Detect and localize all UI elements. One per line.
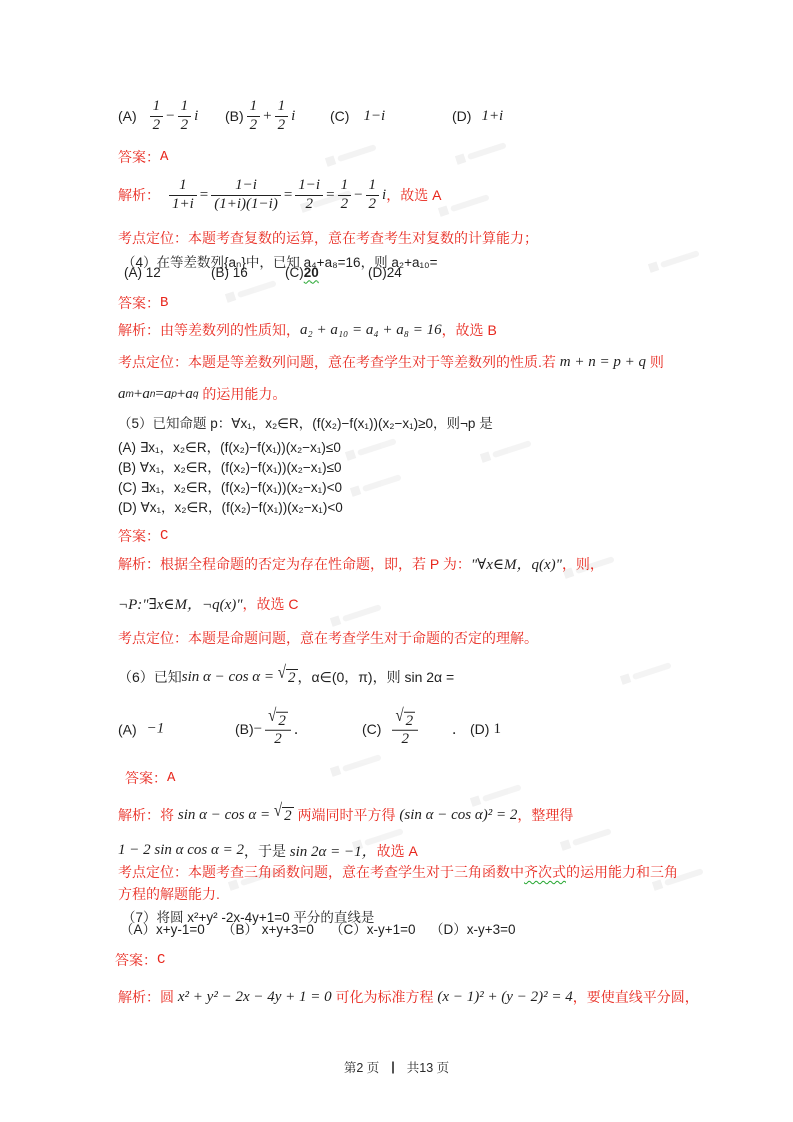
fraction: 1−i(1+i)(1−i) bbox=[211, 177, 281, 213]
fraction-numerator: 1 bbox=[178, 98, 192, 116]
minus-sign: − bbox=[354, 187, 362, 204]
q3-analysis-conclusion: ，故选 A bbox=[386, 185, 441, 205]
fraction-denominator: 2 bbox=[275, 117, 289, 134]
q6-answer-line: 答案： A bbox=[125, 768, 175, 788]
q5-analysis1-math: "∀x∈M，q(x)" bbox=[471, 553, 562, 574]
q6-keypoint1-post: 的运用能力和三角 bbox=[566, 862, 678, 882]
q3-option-d: (D) 1+i bbox=[452, 108, 503, 125]
fraction-denominator: 2 bbox=[178, 117, 192, 134]
q6-keypoint1-pre: 考点定位：本题考查三角函数问题，意在考查学生对于三角函数中 bbox=[118, 862, 524, 882]
fraction: 12 bbox=[275, 98, 289, 134]
q6-keypoint-line2: 方程的解题能力. bbox=[118, 884, 220, 904]
q7-analysis-math2: (x − 1)² + (y − 2)² = 4 bbox=[437, 989, 572, 1006]
watermark bbox=[345, 436, 397, 461]
document-page: (A) 12 − 12 i (B) 12 + 12 i (C) 1−i (D) … bbox=[0, 0, 793, 1122]
fraction-denominator: (1+i)(1−i) bbox=[211, 196, 281, 213]
radical-sign: √ bbox=[274, 803, 282, 821]
q5-keypoint-line: 考点定位：本题是命题问题，意在考查学生对于命题的否定的理解。 bbox=[118, 628, 538, 648]
sequence-term: a bbox=[185, 386, 193, 403]
q7-analysis-line: 解析：圆 x² + y² − 2x − 4y + 1 = 0 可化为标准方程 (… bbox=[118, 982, 699, 1012]
watermark bbox=[455, 140, 507, 165]
answer-label: 答案： bbox=[118, 526, 160, 546]
fraction-denominator: 1+i bbox=[169, 196, 197, 213]
fraction-numerator: 1 bbox=[169, 177, 197, 195]
q4-keypoint2-post: 的运用能力。 bbox=[198, 384, 286, 404]
q6-analysis1-mid: 两端同时平方得 bbox=[294, 805, 400, 825]
q6-option-d-dot: ． bbox=[452, 719, 466, 739]
fraction-denominator: 2 bbox=[295, 196, 323, 213]
q3-option-c-value: 1−i bbox=[363, 108, 385, 125]
q4-option-b: (B) 16 bbox=[211, 265, 248, 280]
radicand: 2 bbox=[404, 712, 416, 730]
imaginary-unit: i bbox=[194, 108, 198, 125]
q6-option-d-value: 1 bbox=[493, 721, 501, 738]
radical-sign: √ bbox=[395, 708, 403, 726]
q6-analysis2-post: 故选 A bbox=[377, 841, 418, 861]
q6-option-b-dot: ． bbox=[294, 719, 308, 739]
equals-sign: = bbox=[200, 187, 208, 204]
square-root: √2 bbox=[274, 806, 294, 825]
q4-analysis-post: ，故选 B bbox=[442, 320, 497, 340]
q7-option-b: （B） x+y+3=0 bbox=[222, 918, 314, 938]
watermark bbox=[225, 278, 277, 303]
fraction-numerator: 1 bbox=[338, 177, 352, 195]
q4-option-c-label: (C) bbox=[285, 265, 304, 280]
sequence-term: a bbox=[118, 386, 126, 403]
q5-option-d: (D) ∀x₁，x₂∈R，(f(x₂)−f(x₁))(x₂−x₁)<0 bbox=[118, 496, 343, 516]
q6-option-c: (C) √22 bbox=[362, 710, 421, 749]
square-root: √2 bbox=[268, 711, 288, 730]
q5-answer-line: 答案： C bbox=[118, 526, 168, 546]
q6-keypoint-line1: 考点定位：本题考查三角函数问题，意在考查学生对于三角函数中 齐次式 的运用能力和… bbox=[118, 862, 678, 882]
q4-keypoint-line1: 考点定位：本题是等差数列问题，意在考查学生对于等差数列的性质.若 m + n =… bbox=[118, 352, 664, 372]
q6-option-b-label: (B) bbox=[235, 721, 254, 737]
q7-analysis-mid: 可化为标准方程 bbox=[332, 987, 438, 1007]
fraction-numerator: 1−i bbox=[295, 177, 323, 195]
q6-option-d: ． (D) 1 bbox=[452, 719, 501, 739]
square-root: √2 bbox=[278, 668, 298, 687]
fraction: 12 bbox=[150, 98, 164, 134]
q4-analysis-math: a₂ + a₁₀ = a₄ + a₈ = 16 bbox=[300, 322, 442, 339]
equals-sign: = bbox=[284, 187, 292, 204]
fraction-denominator: 2 bbox=[247, 117, 261, 134]
q4-option-c: (C)20 bbox=[285, 265, 319, 280]
answer-label: 答案： bbox=[115, 950, 157, 970]
radicand: 2 bbox=[276, 712, 288, 730]
fraction-denominator: 2 bbox=[150, 117, 164, 134]
q6-analysis2-mid: ，于是 bbox=[244, 841, 286, 861]
watermark bbox=[350, 472, 402, 497]
imaginary-unit: i bbox=[291, 108, 295, 125]
q4-keypoint-line2: am + an = ap + aq 的运用能力。 bbox=[118, 384, 286, 404]
q5-answer-value: C bbox=[160, 528, 168, 544]
page-footer: 第2 页 | 共13 页 bbox=[0, 1058, 793, 1076]
fraction-numerator: 1−i bbox=[211, 177, 281, 195]
q6-stem-post: ，α∈(0，π)，则 sin 2α = bbox=[298, 667, 455, 687]
q6-analysis-line2: 1 − 2 sin α cos α = 2 ，于是 sin 2α = −1， 故… bbox=[118, 840, 418, 861]
subscript-m: m bbox=[126, 389, 134, 400]
q3-option-a: (A) 12 − 12 i bbox=[118, 98, 198, 134]
q3-answer-value: A bbox=[160, 149, 168, 165]
watermark bbox=[620, 660, 672, 685]
sequence-term: a bbox=[142, 386, 150, 403]
q4-answer-line: 答案： B bbox=[118, 293, 168, 313]
footer-page-total: 共13 页 bbox=[407, 1058, 449, 1076]
fraction-denominator: 2 bbox=[338, 196, 352, 213]
watermark bbox=[330, 602, 382, 627]
fraction-denominator: 2 bbox=[392, 731, 418, 748]
q5-option-b: (B) ∀x₁，x₂∈R，(f(x₂)−f(x₁))(x₂−x₁)≤0 bbox=[118, 456, 342, 476]
q7-answer-line: 答案： C bbox=[115, 950, 165, 970]
q5-analysis-line2: ¬P:"∃x∈M，¬q(x)" ，故选 C bbox=[118, 593, 299, 614]
q3-option-a-label: (A) bbox=[118, 108, 137, 124]
q5-analysis2-post: ，故选 C bbox=[243, 594, 299, 614]
square-root: √2 bbox=[395, 711, 415, 730]
watermark bbox=[325, 142, 377, 167]
q5-analysis-line1: 解析：根据全程命题的否定为存在性命题，即，若 P 为： "∀x∈M，q(x)" … bbox=[118, 553, 604, 574]
watermark bbox=[648, 248, 700, 273]
radical-sign: √ bbox=[278, 665, 286, 683]
q6-stem: （6）已知 sin α − cos α = √2 ，α∈(0，π)，则 sin … bbox=[118, 662, 454, 692]
fraction: √22 bbox=[392, 710, 418, 749]
q4-keypoint-pre: 考点定位：本题是等差数列问题，意在考查学生对于等差数列的性质.若 bbox=[118, 352, 560, 372]
fraction: 12 bbox=[366, 177, 380, 213]
q6-analysis2-math1: 1 − 2 sin α cos α = 2 bbox=[118, 842, 244, 859]
q7-analysis-math1: x² + y² − 2x − 4y + 1 = 0 bbox=[178, 989, 332, 1006]
fraction-numerator: 1 bbox=[150, 98, 164, 116]
q7-option-c: （C）x-y+1=0 bbox=[330, 918, 416, 938]
q4-analysis-line: 解析：由等差数列的性质知， a₂ + a₁₀ = a₄ + a₈ = 16 ，故… bbox=[118, 320, 497, 340]
q6-option-a-label: (A) bbox=[118, 721, 137, 737]
fraction: 11+i bbox=[169, 177, 197, 213]
fraction-numerator: 1 bbox=[275, 98, 289, 116]
q6-stem-pre: （6）已知 bbox=[118, 667, 182, 687]
q6-analysis1-math2: (sin α − cos α)² = 2 bbox=[399, 807, 517, 824]
q6-option-d-label: (D) bbox=[470, 721, 489, 737]
fraction: 12 bbox=[247, 98, 261, 134]
fraction-numerator: √2 bbox=[265, 710, 291, 731]
q6-keypoint1-term: 齐次式 bbox=[524, 862, 566, 882]
q6-analysis-line1: 解析：将 sin α − cos α = √2 两端同时平方得 (sin α −… bbox=[118, 800, 573, 830]
radical-sign: √ bbox=[268, 708, 276, 726]
minus-sign: − bbox=[166, 108, 174, 125]
fraction-numerator: √2 bbox=[392, 710, 418, 731]
q3-analysis-line: 解析： 11+i = 1−i(1+i)(1−i) = 1−i2 = 12 − 1… bbox=[118, 172, 441, 218]
q4-analysis-pre: 解析：由等差数列的性质知， bbox=[118, 320, 300, 340]
fraction: √22 bbox=[265, 710, 291, 749]
q3-option-c: (C) 1−i bbox=[330, 108, 385, 125]
q4-option-c-value: 20 bbox=[304, 265, 319, 280]
q5-analysis1-pre: 解析：根据全程命题的否定为存在性命题，即，若 P 为： bbox=[118, 554, 471, 574]
fraction-denominator: 2 bbox=[265, 731, 291, 748]
q5-analysis2-math: ¬P:"∃x∈M，¬q(x)" bbox=[118, 593, 243, 614]
plus-sign: + bbox=[177, 386, 185, 403]
q6-analysis1-math1: sin α − cos α = bbox=[178, 807, 274, 824]
q6-option-a: (A) −1 bbox=[118, 721, 164, 738]
q6-option-c-label: (C) bbox=[362, 721, 381, 737]
q6-stem-math: sin α − cos α = bbox=[182, 669, 278, 686]
q6-option-a-value: −1 bbox=[147, 721, 165, 738]
q5-option-a: (A) ∃x₁，x₂∈R，(f(x₂)−f(x₁))(x₂−x₁)≤0 bbox=[118, 436, 341, 456]
q6-analysis1-post: ，整理得 bbox=[517, 805, 573, 825]
fraction-numerator: 1 bbox=[247, 98, 261, 116]
equals-sign: = bbox=[326, 187, 334, 204]
q7-answer-value: C bbox=[157, 952, 165, 968]
q6-answer-value: A bbox=[167, 770, 175, 786]
q4-answer-value: B bbox=[160, 295, 168, 311]
q7-option-d: （D）x-y+3=0 bbox=[430, 918, 516, 938]
watermark bbox=[480, 438, 532, 463]
q5-stem: （5）已知命题 p：∀x₁，x₂∈R，(f(x₂)−f(x₁))(x₂−x₁)≥… bbox=[118, 412, 493, 432]
q7-option-a: （A）x+y-1=0 bbox=[120, 918, 205, 938]
q7-analysis-pre: 解析：圆 bbox=[118, 987, 178, 1007]
radicand: 2 bbox=[286, 669, 298, 687]
fraction-numerator: 1 bbox=[366, 177, 380, 195]
plus-sign: + bbox=[134, 386, 142, 403]
fraction: 12 bbox=[178, 98, 192, 134]
q5-analysis1-post: ，则， bbox=[562, 554, 604, 574]
watermark bbox=[438, 192, 490, 217]
q3-option-c-label: (C) bbox=[330, 108, 349, 124]
q6-analysis2-math2: sin 2α = −1， bbox=[286, 840, 377, 861]
q5-option-c: (C) ∃x₁，x₂∈R，(f(x₂)−f(x₁))(x₂−x₁)<0 bbox=[118, 476, 342, 496]
q6-options-row: (A) −1 (B) − √22 ． (C) √22 ． (D) 1 bbox=[0, 700, 793, 758]
plus-sign: + bbox=[263, 108, 271, 125]
q3-answer-line: 答案： A bbox=[118, 147, 168, 167]
footer-page-number: 第2 页 bbox=[344, 1058, 379, 1076]
q6-option-b: (B) − √22 ． bbox=[235, 710, 308, 749]
q3-option-d-label: (D) bbox=[452, 108, 471, 124]
q3-options-row: (A) 12 − 12 i (B) 12 + 12 i (C) 1−i (D) … bbox=[0, 94, 793, 138]
minus-sign: − bbox=[254, 721, 262, 738]
q4-option-a: (A) 12 bbox=[124, 265, 161, 280]
q4-keypoint-post: 则 bbox=[646, 352, 664, 372]
q3-option-b: (B) 12 + 12 i bbox=[225, 98, 295, 134]
q4-keypoint-math: m + n = p + q bbox=[560, 354, 646, 371]
q7-analysis-post: ，要使直线平分圆， bbox=[573, 987, 699, 1007]
equals-sign: = bbox=[155, 386, 163, 403]
fraction-denominator: 2 bbox=[366, 196, 380, 213]
q6-analysis1-pre: 解析：将 bbox=[118, 805, 178, 825]
answer-label: 答案： bbox=[125, 768, 167, 788]
answer-label: 答案： bbox=[118, 147, 160, 167]
fraction: 12 bbox=[338, 177, 352, 213]
q3-option-b-label: (B) bbox=[225, 108, 244, 124]
q3-keypoint-line: 考点定位：本题考查复数的运算，意在考查考生对复数的计算能力； bbox=[118, 228, 538, 248]
fraction: 1−i2 bbox=[295, 177, 323, 213]
footer-separator: | bbox=[391, 1060, 395, 1074]
analysis-label: 解析： bbox=[118, 185, 160, 205]
q3-option-d-value: 1+i bbox=[481, 108, 503, 125]
answer-label: 答案： bbox=[118, 293, 160, 313]
q4-option-d: (D)24 bbox=[368, 265, 402, 280]
radicand: 2 bbox=[282, 807, 294, 825]
